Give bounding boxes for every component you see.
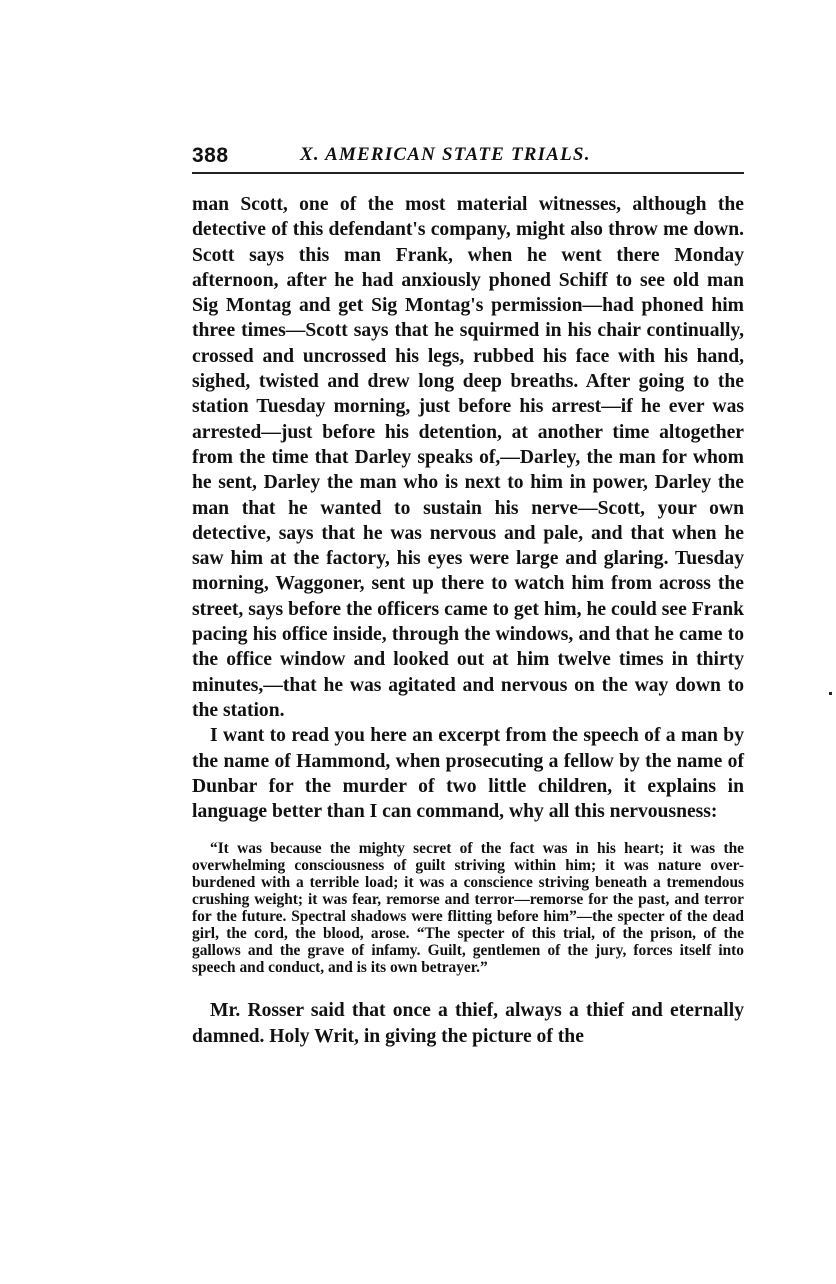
paragraph-scott-testimony: man Scott, one of the most material witn…	[192, 192, 744, 723]
paragraph-rosser: Mr. Rosser said that once a thief, alway…	[192, 998, 744, 1049]
paragraph-hammond-intro: I want to read you here an excerpt from …	[192, 723, 744, 824]
running-head: 388 X. AMERICAN STATE TRIALS.	[192, 140, 744, 174]
running-title: X. AMERICAN STATE TRIALS.	[300, 144, 591, 166]
scan-speck	[829, 692, 832, 695]
block-quote-hammond: “It was because the mighty secret of the…	[192, 840, 744, 976]
body-text: man Scott, one of the most material witn…	[192, 192, 744, 1049]
book-page: 388 X. AMERICAN STATE TRIALS. man Scott,…	[192, 140, 744, 1049]
block-quote-text: “It was because the mighty secret of the…	[192, 840, 744, 976]
page-number: 388	[192, 144, 229, 168]
